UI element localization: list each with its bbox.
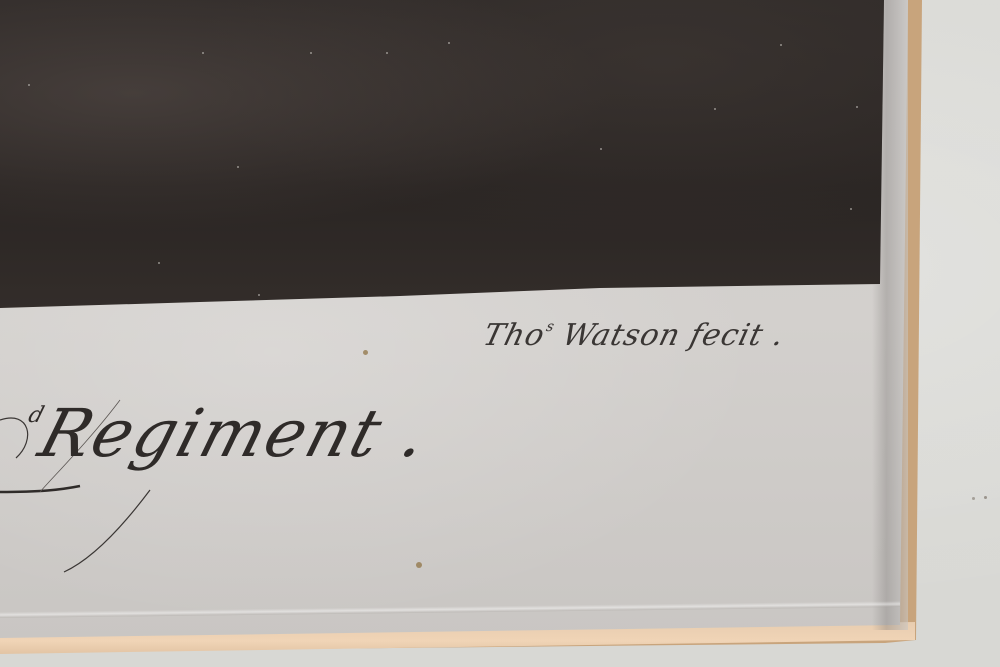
dust-speck [202,52,204,54]
dust-speck [237,166,239,168]
dust-speck [850,208,852,210]
foxing-spot [416,562,422,568]
foxing-spot [984,496,987,499]
dust-speck [714,108,716,110]
dust-speck [856,106,858,108]
foxing-spot [972,497,975,500]
foxing-spot [363,350,368,355]
dust-speck [310,52,312,54]
mezzotint-image-area [0,0,884,310]
dust-speck [448,42,450,44]
engraver-name: Watson fecit [548,318,767,353]
engraver-prefix: Tho [480,318,549,353]
dust-speck [780,44,782,46]
dust-speck [600,148,602,150]
dust-speck [158,262,160,264]
dust-speck [386,52,388,54]
title-text: Regiment [31,395,392,472]
print-title-fragment: dRegiment . [13,395,438,472]
engraver-signature: Thos Watson fecit . [480,318,789,353]
dust-speck [28,84,30,86]
dust-speck [258,294,260,296]
framed-print-photo: Thos Watson fecit . dRegiment . [0,0,1000,667]
